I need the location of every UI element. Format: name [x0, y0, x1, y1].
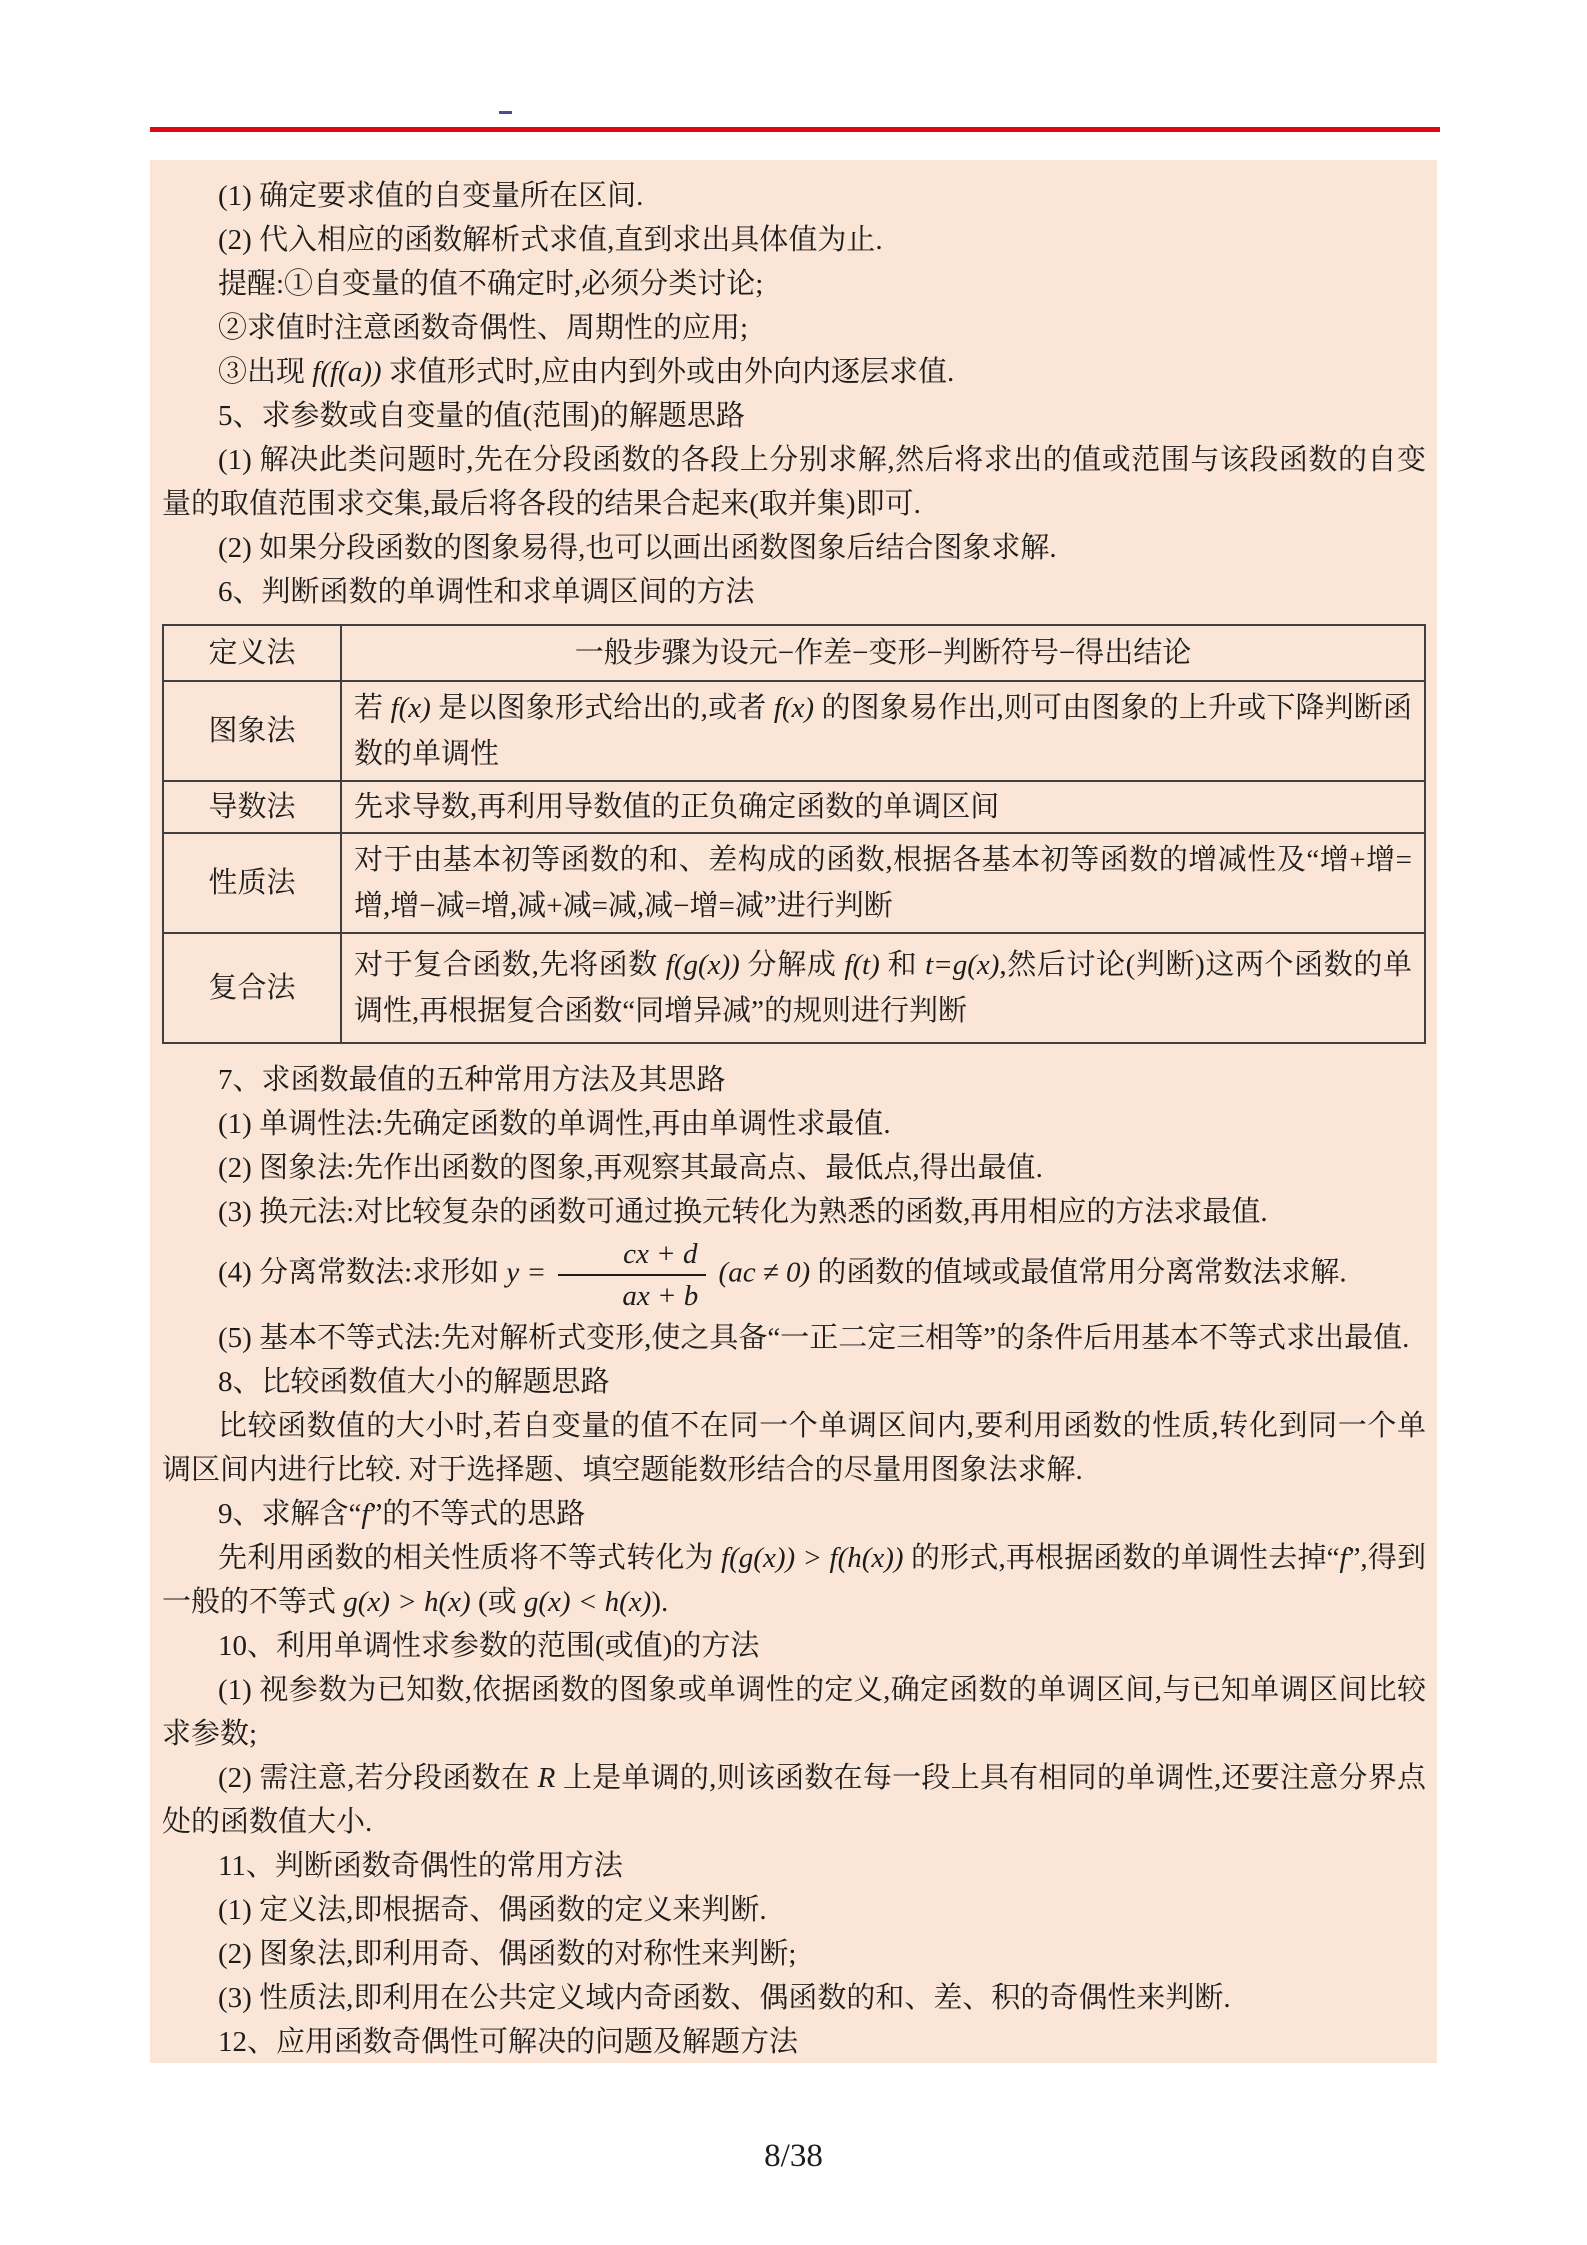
- table-row: 复合法对于复合函数,先将函数 f(g(x)) 分解成 f(t) 和 t=g(x)…: [163, 933, 1425, 1043]
- paragraph: (3) 换元法:对比较复杂的函数可通过换元转化为熟悉的函数,再用相应的方法求最值…: [162, 1190, 1426, 1234]
- paragraph: (2) 如果分段函数的图象易得,也可以画出函数图象后结合图象求解.: [162, 526, 1426, 570]
- math-expression: g(x) > h(x): [343, 1586, 470, 1618]
- fraction: cx + d ax + b: [558, 1234, 706, 1316]
- text-run: 先利用函数的相关性质将不等式转化为: [218, 1542, 721, 1574]
- text-run: 11、判断函数奇偶性的常用方法: [218, 1850, 623, 1882]
- paragraph: (1) 定义法,即根据奇、偶函数的定义来判断.: [162, 1888, 1426, 1932]
- paragraph: (2) 需注意,若分段函数在 R 上是单调的,则该函数在每一段上具有相同的单调性…: [162, 1756, 1426, 1844]
- text-run: 提醒:①自变量的值不确定时,必须分类讨论;: [218, 268, 763, 300]
- paragraph: (1) 单调性法:先确定函数的单调性,再由单调性求最值.: [162, 1102, 1426, 1146]
- paragraph: (1) 视参数为已知数,依据函数的图象或单调性的定义,确定函数的单调区间,与已知…: [162, 1668, 1426, 1756]
- method-cell: 性质法: [163, 833, 341, 933]
- formula-lhs: y =: [506, 1257, 546, 1289]
- text-run: (2) 代入相应的函数解析式求值,直到求出具体值为止.: [218, 224, 883, 256]
- formula-paragraph: (4) 分离常数法:求形如 y = cx + d ax + b (ac ≠ 0)…: [162, 1234, 1426, 1316]
- table-row: 图象法若 f(x) 是以图象形式给出的,或者 f(x) 的图象易作出,则可由图象…: [163, 681, 1425, 781]
- text-run: 若: [354, 692, 391, 724]
- text-run: 12、应用函数奇偶性可解决的问题及解题方法: [218, 2026, 798, 2058]
- math-expression: f(x): [774, 692, 814, 724]
- paragraph: (2) 图象法,即利用奇、偶函数的对称性来判断;: [162, 1932, 1426, 1976]
- paragraph: (1) 确定要求值的自变量所在区间.: [162, 174, 1426, 218]
- paragraph: 提醒:①自变量的值不确定时,必须分类讨论;: [162, 262, 1426, 306]
- paragraph: ③出现 f(f(a)) 求值形式时,应由内到外或由外向内逐层求值.: [162, 350, 1426, 394]
- header-rule: [150, 127, 1440, 132]
- method-cell: 图象法: [163, 681, 341, 781]
- math-expression: f: [1340, 1542, 1348, 1574]
- math-expression: f(g(x)): [666, 949, 740, 981]
- text-run: 先求导数,再利用导数值的正负确定函数的单调区间: [354, 791, 999, 823]
- table-row: 定义法一般步骤为设元−作差−变形−判断符号−得出结论: [163, 625, 1425, 681]
- paragraph: 先利用函数的相关性质将不等式转化为 f(g(x)) > f(h(x)) 的形式,…: [162, 1536, 1426, 1624]
- text-run: (1) 解决此类问题时,先在分段函数的各段上分别求解,然后将求出的值或范围与该段…: [162, 444, 1426, 520]
- math-expression: t=g(x): [925, 949, 999, 981]
- text-run: 5、求参数或自变量的值(范围)的解题思路: [218, 400, 745, 432]
- text-run: 比较函数值的大小时,若自变量的值不在同一个单调区间内,要利用函数的性质,转化到同…: [162, 1410, 1426, 1486]
- text-run: 7、求函数最值的五种常用方法及其思路: [218, 1064, 726, 1096]
- math-expression: R: [538, 1762, 556, 1794]
- paragraph: 11、判断函数奇偶性的常用方法: [162, 1844, 1426, 1888]
- page-number: 8/38: [0, 2138, 1587, 2175]
- text-run: 和: [880, 949, 925, 981]
- text-run: 9、求解含“: [218, 1498, 361, 1530]
- text-run: 6、判断函数的单调性和求单调区间的方法: [218, 576, 755, 608]
- text-run: 10、利用单调性求参数的范围(或值)的方法: [218, 1630, 759, 1662]
- paragraph: 比较函数值的大小时,若自变量的值不在同一个单调区间内,要利用函数的性质,转化到同…: [162, 1404, 1426, 1492]
- text-run: (3) 换元法:对比较复杂的函数可通过换元转化为熟悉的函数,再用相应的方法求最值…: [218, 1196, 1268, 1228]
- description-cell: 先求导数,再利用导数值的正负确定函数的单调区间: [341, 781, 1425, 833]
- paragraph: (3) 性质法,即利用在公共定义域内奇函数、偶函数的和、差、积的奇偶性来判断.: [162, 1976, 1426, 2020]
- content-panel: (1) 确定要求值的自变量所在区间.(2) 代入相应的函数解析式求值,直到求出具…: [150, 160, 1437, 2063]
- text-run: (2) 图象法,即利用奇、偶函数的对称性来判断;: [218, 1938, 796, 1970]
- paragraph: 7、求函数最值的五种常用方法及其思路: [162, 1058, 1426, 1102]
- monotonicity-methods-table: 定义法一般步骤为设元−作差−变形−判断符号−得出结论图象法若 f(x) 是以图象…: [162, 624, 1426, 1044]
- formula-condition: (ac ≠ 0): [719, 1257, 811, 1289]
- text-run: (5) 基本不等式法:先对解析式变形,使之具备“一正二定三相等”的条件后用基本不…: [218, 1322, 1409, 1354]
- text-run: 一般步骤为设元−作差−变形−判断符号−得出结论: [575, 637, 1191, 669]
- paragraph: 5、求参数或自变量的值(范围)的解题思路: [162, 394, 1426, 438]
- text-run: (1) 确定要求值的自变量所在区间.: [218, 180, 643, 212]
- paragraph: (2) 代入相应的函数解析式求值,直到求出具体值为止.: [162, 218, 1426, 262]
- math-expression: f(x): [391, 692, 431, 724]
- description-cell: 一般步骤为设元−作差−变形−判断符号−得出结论: [341, 625, 1425, 681]
- description-cell: 若 f(x) 是以图象形式给出的,或者 f(x) 的图象易作出,则可由图象的上升…: [341, 681, 1425, 781]
- paragraph: 12、应用函数奇偶性可解决的问题及解题方法: [162, 2020, 1426, 2063]
- paragraph: 10、利用单调性求参数的范围(或值)的方法: [162, 1624, 1426, 1668]
- description-cell: 对于复合函数,先将函数 f(g(x)) 分解成 f(t) 和 t=g(x),然后…: [341, 933, 1425, 1043]
- table-row: 性质法对于由基本初等函数的和、差构成的函数,根据各基本初等函数的增减性及“增+增…: [163, 833, 1425, 933]
- text-run: (2) 如果分段函数的图象易得,也可以画出函数图象后结合图象求解.: [218, 532, 1057, 564]
- table-row: 导数法先求导数,再利用导数值的正负确定函数的单调区间: [163, 781, 1425, 833]
- paragraph: (2) 图象法:先作出函数的图象,再观察其最高点、最低点,得出最值.: [162, 1146, 1426, 1190]
- text-run: (3) 性质法,即利用在公共定义域内奇函数、偶函数的和、差、积的奇偶性来判断.: [218, 1982, 1231, 2014]
- math-expression: f(g(x)) > f(h(x)): [721, 1542, 904, 1574]
- math-expression: f(t): [844, 949, 879, 981]
- header-dash-mark: [499, 111, 512, 114]
- text-run: ).: [651, 1586, 668, 1618]
- text-run: ③出现: [218, 356, 312, 388]
- text-run: (1) 定义法,即根据奇、偶函数的定义来判断.: [218, 1894, 767, 1926]
- paragraph: (5) 基本不等式法:先对解析式变形,使之具备“一正二定三相等”的条件后用基本不…: [162, 1316, 1426, 1360]
- text-run: 的函数的值域或最值常用分离常数法求解.: [817, 1257, 1346, 1289]
- description-cell: 对于由基本初等函数的和、差构成的函数,根据各基本初等函数的增减性及“增+增=增,…: [341, 833, 1425, 933]
- fraction-denominator: ax + b: [558, 1274, 706, 1316]
- mid-paragraphs: 7、求函数最值的五种常用方法及其思路(1) 单调性法:先确定函数的单调性,再由单…: [162, 1058, 1426, 1234]
- method-cell: 导数法: [163, 781, 341, 833]
- text-run: (1) 视参数为已知数,依据函数的图象或单调性的定义,确定函数的单调区间,与已知…: [162, 1674, 1426, 1750]
- text-run: 是以图象形式给出的,或者: [431, 692, 774, 724]
- paragraph: 6、判断函数的单调性和求单调区间的方法: [162, 570, 1426, 614]
- text-run: (2) 需注意,若分段函数在: [218, 1762, 538, 1794]
- paragraph: 8、比较函数值大小的解题思路: [162, 1360, 1426, 1404]
- text-run: 求值形式时,应由内到外或由外向内逐层求值.: [382, 356, 955, 388]
- math-expression: f(f(a)): [312, 356, 381, 388]
- text-run: (或: [471, 1586, 524, 1618]
- text-run: (1) 单调性法:先确定函数的单调性,再由单调性求最值.: [218, 1108, 891, 1140]
- text-run: ②求值时注意函数奇偶性、周期性的应用;: [218, 312, 748, 344]
- method-cell: 复合法: [163, 933, 341, 1043]
- text-run: (4) 分离常数法:求形如: [218, 1257, 506, 1289]
- text-run: 的形式,再根据函数的单调性去掉“: [904, 1542, 1340, 1574]
- paragraph: (1) 解决此类问题时,先在分段函数的各段上分别求解,然后将求出的值或范围与该段…: [162, 438, 1426, 526]
- paragraph: ②求值时注意函数奇偶性、周期性的应用;: [162, 306, 1426, 350]
- text-run: ”的不等式的思路: [369, 1498, 585, 1530]
- text-run: 对于复合函数,先将函数: [354, 949, 666, 981]
- text-run: (2) 图象法:先作出函数的图象,再观察其最高点、最低点,得出最值.: [218, 1152, 1043, 1184]
- fraction-numerator: cx + d: [558, 1234, 706, 1274]
- pre-table-paragraphs: (1) 确定要求值的自变量所在区间.(2) 代入相应的函数解析式求值,直到求出具…: [162, 174, 1426, 614]
- method-cell: 定义法: [163, 625, 341, 681]
- text-run: 对于由基本初等函数的和、差构成的函数,根据各基本初等函数的增减性及“增+增=增,…: [354, 844, 1412, 922]
- paragraph: 9、求解含“f”的不等式的思路: [162, 1492, 1426, 1536]
- document-page: (1) 确定要求值的自变量所在区间.(2) 代入相应的函数解析式求值,直到求出具…: [0, 0, 1587, 2245]
- text-run: 分解成: [740, 949, 845, 981]
- math-expression: g(x) < h(x): [524, 1586, 651, 1618]
- text-run: 8、比较函数值大小的解题思路: [218, 1366, 610, 1398]
- post-paragraphs: (5) 基本不等式法:先对解析式变形,使之具备“一正二定三相等”的条件后用基本不…: [162, 1316, 1426, 2063]
